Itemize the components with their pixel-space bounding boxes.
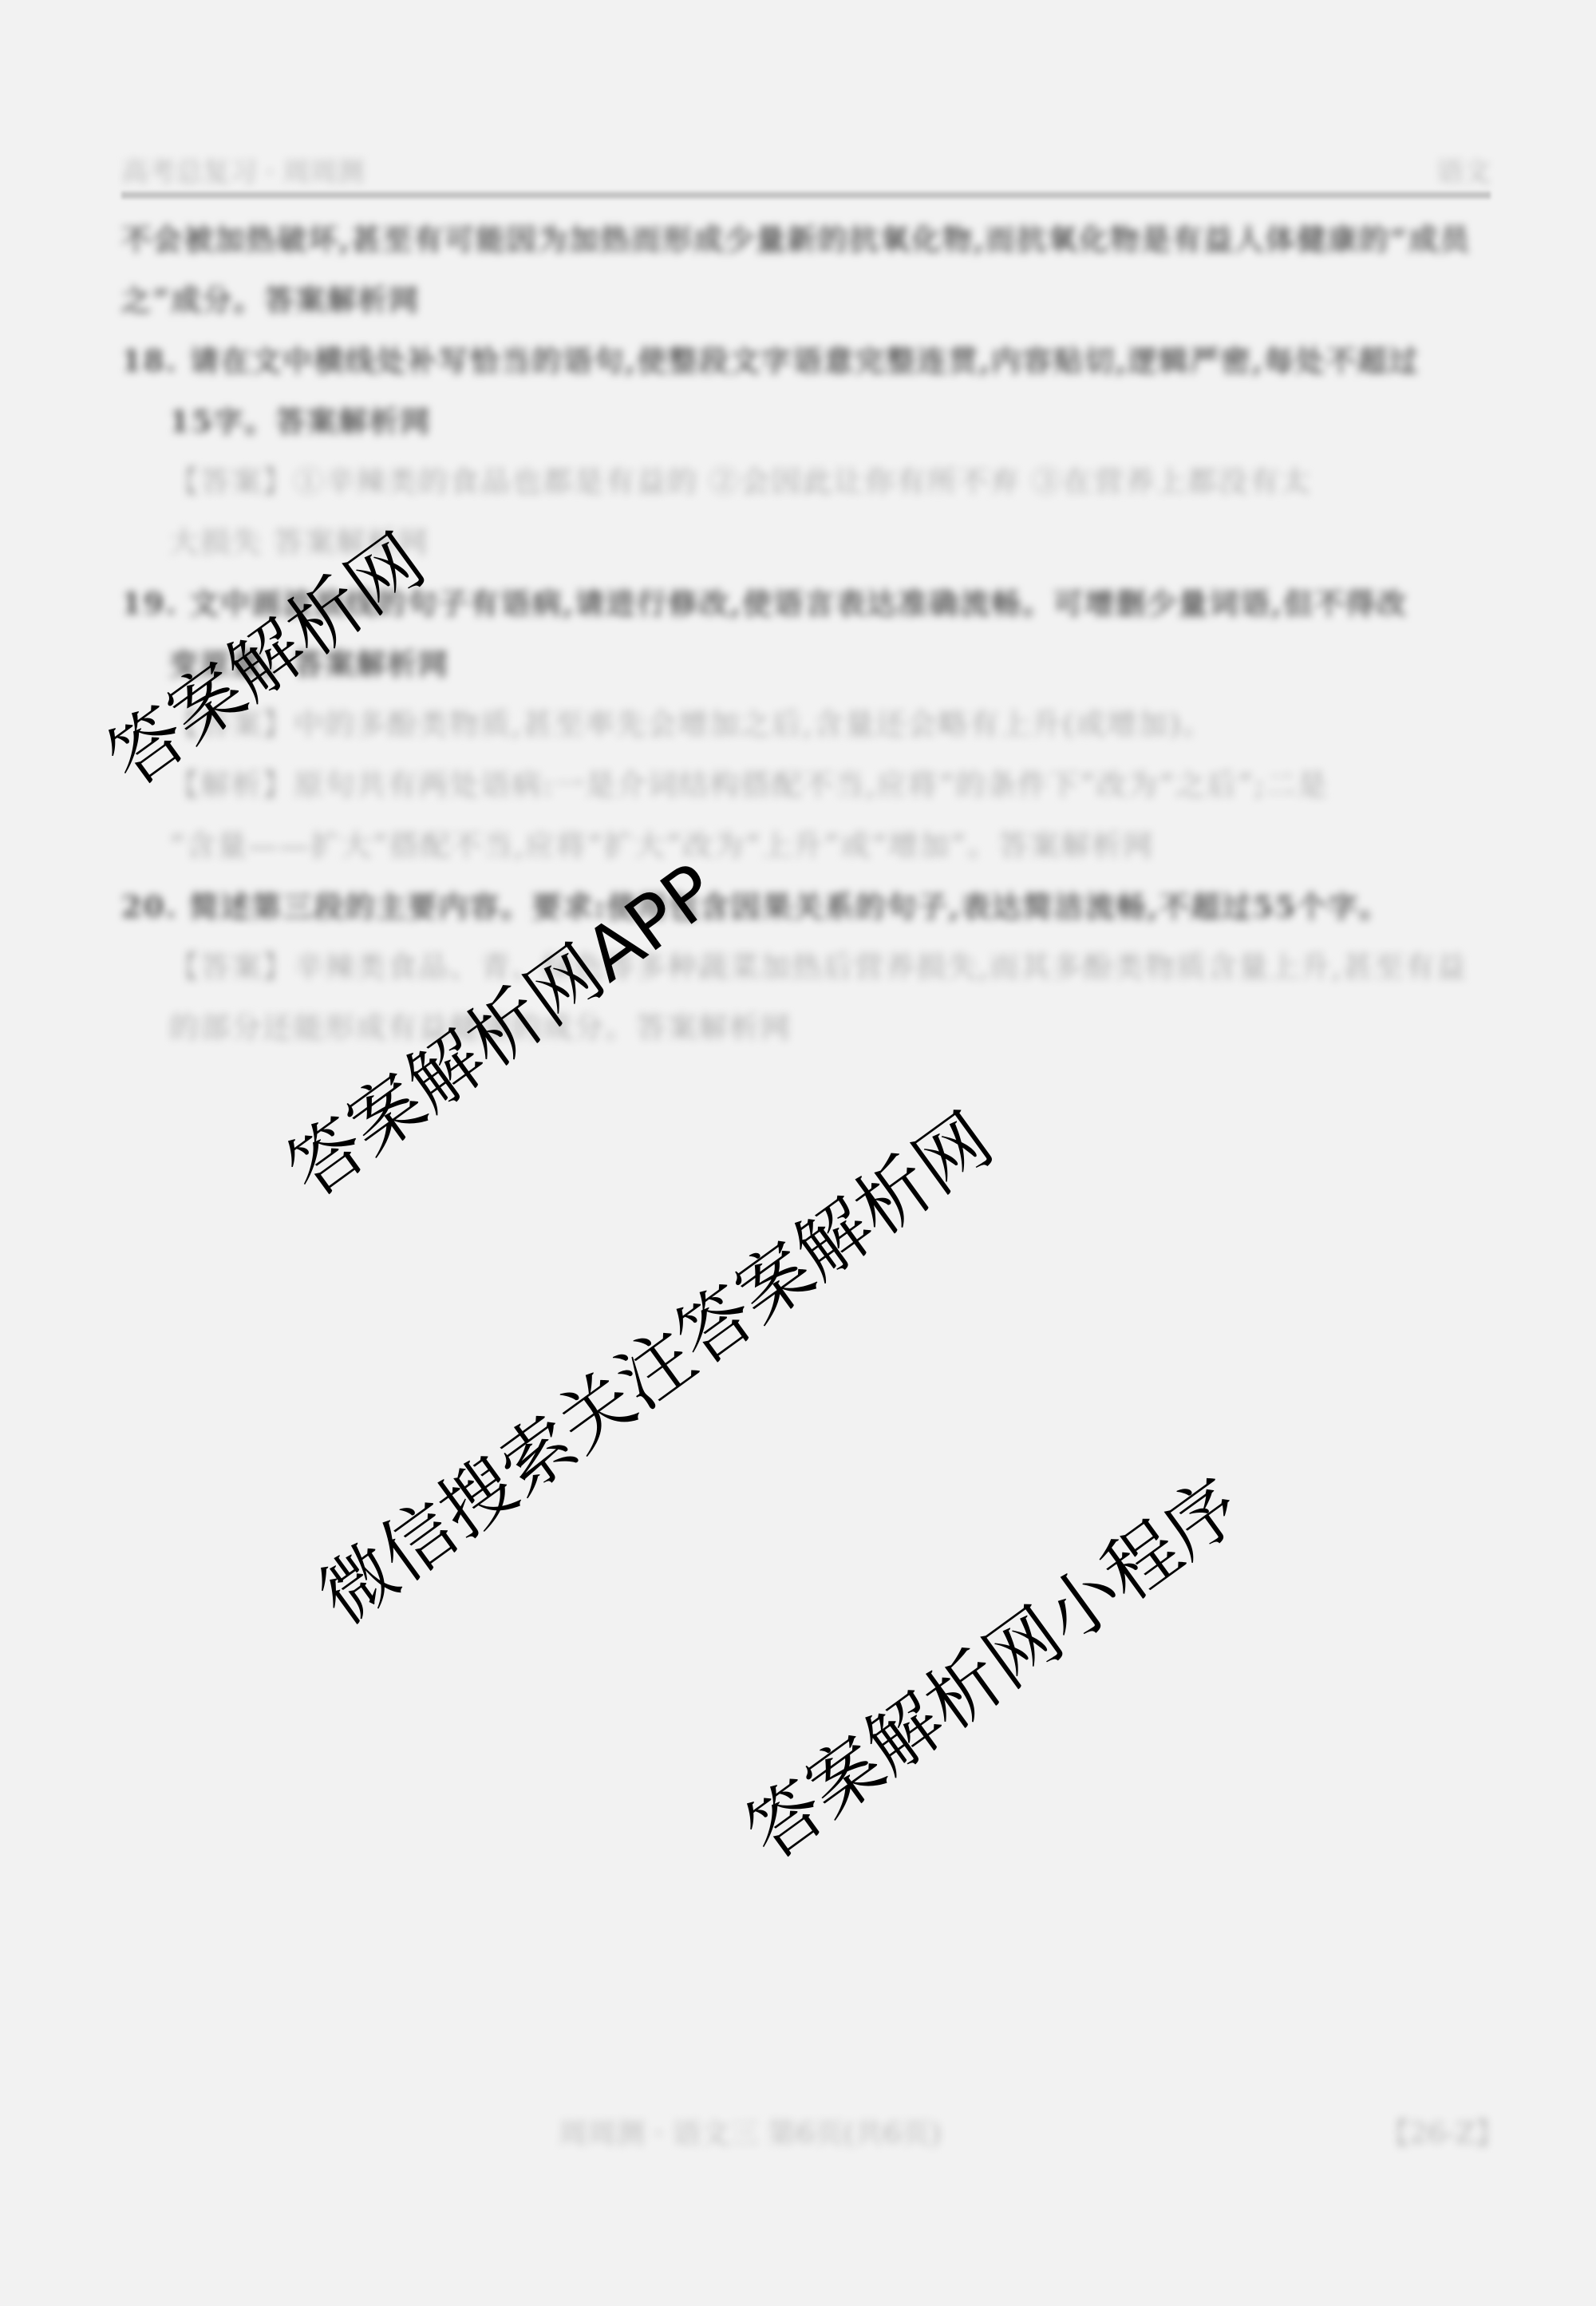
answer-line: 【解析】原句共有两处语病:一是介词结构搭配不当,应将“的条件下”改为“之后”;二… <box>121 755 1491 816</box>
page-footer: 周周测 · 语文三 第6页(共6页) 【26-Z】 <box>0 2111 1596 2159</box>
exam-page: 高考总复习 · 周周测 语文 不会被加热破坏,甚至有可能因为加热而形成少量新的抗… <box>0 0 1596 2306</box>
footer-paper-code: 【26-Z】 <box>1381 2111 1504 2152</box>
answer-line: 【答案】辛辣类食品、青、绿色等多种蔬菜加热后营养损失,而其多酚类物质含量上升,甚… <box>121 937 1491 998</box>
watermark-text: 微信搜索关注答案解析网 <box>308 1102 1005 1636</box>
header-divider <box>121 192 1491 199</box>
header-series-title: 高考总复习 · 周周测 <box>121 150 364 189</box>
answer-line: 的部分还能形成有益健康的成分。答案解析网 <box>121 998 1491 1058</box>
question-line: 20. 简述第三段的主要内容。要求:使用包含因果关系的句子,表达简洁流畅,不超过… <box>121 876 1491 937</box>
answer-line: “含量——扩大”搭配不当,应将“扩大”改为“上升”或“增加”。答案解析网 <box>121 816 1491 876</box>
header-subject: 语文 <box>1436 150 1491 189</box>
answer-line: 【答案】中的多酚类物质,甚至率先会增加之后,含量还会略有上升(或增加)。 <box>121 694 1491 755</box>
question-line: 不会被加热破坏,甚至有可能因为加热而形成少量新的抗氧化物,而抗氧化物是有益人体健… <box>121 209 1491 270</box>
question-line: 之”成分。答案解析网 <box>121 270 1491 330</box>
answer-line: 【答案】①辛辣类的食品也都是有益的 ②会因此让你有所不弃 ③在营养上都没有太 <box>121 452 1491 512</box>
question-line: 15字。答案解析网 <box>121 391 1491 452</box>
page-header: 高考总复习 · 周周测 语文 <box>121 150 1491 190</box>
footer-page-info: 周周测 · 语文三 第6页(共6页) <box>559 2111 942 2152</box>
question-line: 18. 请在文中横线处补写恰当的语句,使整段文字语意完整连贯,内容贴切,逻辑严密… <box>121 330 1491 391</box>
watermark-text: 答案解析网小程序 <box>735 1467 1254 1872</box>
